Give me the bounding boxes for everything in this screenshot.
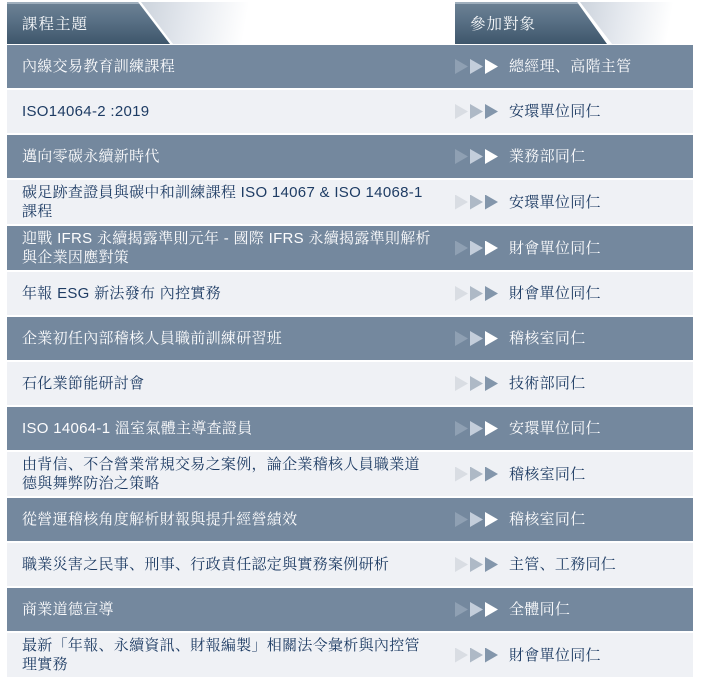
triple-arrow-icon (455, 421, 500, 436)
arrow-icon (485, 286, 498, 301)
course-topic-cell: ISO14064-2 :2019 (7, 90, 448, 133)
audience-label: 安環單位同仁 (509, 193, 601, 212)
table-row: 邁向零碳永續新時代業務部同仁 (7, 135, 693, 178)
arrow-icon (470, 467, 483, 482)
arrow-icon (455, 286, 468, 301)
arrow-icon (485, 421, 498, 436)
arrow-icon (470, 648, 483, 663)
audience-label: 稽核室同仁 (509, 465, 586, 484)
triple-arrow-icon (455, 602, 500, 617)
course-table: 課程主題 參加對象 內線交易教育訓練課程總經理、高階主管ISO14064-2 :… (7, 0, 693, 677)
arrow-icon (470, 557, 483, 572)
arrow-icon (470, 104, 483, 119)
course-topic-label: 企業初任內部稽核人員職前訓練研習班 (22, 329, 282, 348)
table-row: 企業初任內部稽核人員職前訓練研習班稽核室同仁 (7, 317, 693, 360)
triple-arrow-icon (455, 149, 500, 164)
header-tab-course-topic: 課程主題 (7, 2, 170, 44)
audience-label: 全體同仁 (509, 600, 570, 619)
audience-cell: 全體同仁 (448, 588, 693, 631)
arrow-icon (485, 104, 498, 119)
arrow-icon (485, 149, 498, 164)
audience-label: 財會單位同仁 (509, 239, 601, 258)
audience-label: 安環單位同仁 (509, 102, 601, 121)
course-topic-label: 由背信、不合營業常規交易之案例，論企業稽核人員職業道德與舞弊防治之策略 (22, 455, 434, 493)
arrow-icon (455, 331, 468, 346)
triple-arrow-icon (455, 331, 500, 346)
triple-arrow-icon (455, 376, 500, 391)
triple-arrow-icon (455, 104, 500, 119)
arrow-icon (485, 241, 498, 256)
arrow-icon (470, 421, 483, 436)
table-row: 內線交易教育訓練課程總經理、高階主管 (7, 45, 693, 88)
table-row: 石化業節能研討會技術部同仁 (7, 362, 693, 405)
course-topic-cell: 從營運稽核角度解析財報與提升經營績效 (7, 498, 448, 541)
header-tab-course-topic-label: 課程主題 (22, 12, 88, 34)
arrow-icon (455, 512, 468, 527)
arrow-icon (455, 241, 468, 256)
header-tab-audience: 參加對象 (455, 2, 607, 44)
course-topic-label: 年報 ESG 新法發布 內控實務 (22, 284, 221, 303)
course-topic-cell: 最新「年報、永續資訊、財報編製」相關法令彙析與內控管理實務 (7, 633, 448, 677)
audience-cell: 稽核室同仁 (448, 317, 693, 360)
triple-arrow-icon (455, 195, 500, 210)
course-topic-label: 商業道德宣導 (22, 600, 114, 619)
triple-arrow-icon (455, 286, 500, 301)
audience-cell: 財會單位同仁 (448, 633, 693, 677)
arrow-icon (485, 195, 498, 210)
course-topic-cell: 由背信、不合營業常規交易之案例，論企業稽核人員職業道德與舞弊防治之策略 (7, 452, 448, 496)
audience-label: 稽核室同仁 (509, 329, 586, 348)
arrow-icon (455, 149, 468, 164)
arrow-icon (485, 467, 498, 482)
arrow-icon (455, 467, 468, 482)
arrow-icon (470, 241, 483, 256)
table-row: 商業道德宣導全體同仁 (7, 588, 693, 631)
arrow-icon (485, 557, 498, 572)
course-topic-cell: 內線交易教育訓練課程 (7, 45, 448, 88)
arrow-icon (455, 376, 468, 391)
course-topic-cell: 職業災害之民事、刑事、行政責任認定與實務案例研析 (7, 543, 448, 586)
table-header: 課程主題 參加對象 (7, 0, 693, 45)
course-topic-cell: 石化業節能研討會 (7, 362, 448, 405)
arrow-icon (485, 376, 498, 391)
arrow-icon (485, 602, 498, 617)
arrow-icon (470, 149, 483, 164)
audience-cell: 財會單位同仁 (448, 226, 693, 270)
table-row: 從營運稽核角度解析財報與提升經營績效稽核室同仁 (7, 498, 693, 541)
audience-cell: 安環單位同仁 (448, 180, 693, 224)
audience-cell: 安環單位同仁 (448, 407, 693, 450)
arrow-icon (470, 512, 483, 527)
table-row: 由背信、不合營業常規交易之案例，論企業稽核人員職業道德與舞弊防治之策略稽核室同仁 (7, 452, 693, 496)
course-topic-label: 石化業節能研討會 (22, 374, 144, 393)
course-topic-label: ISO 14064-1 溫室氣體主導查證員 (22, 419, 253, 438)
triple-arrow-icon (455, 467, 500, 482)
triple-arrow-icon (455, 512, 500, 527)
audience-label: 財會單位同仁 (509, 646, 601, 665)
table-row: ISO14064-2 :2019安環單位同仁 (7, 90, 693, 133)
table-row: 迎戰 IFRS 永續揭露準則元年 - 國際 IFRS 永續揭露準則解析與企業因應… (7, 226, 693, 270)
audience-cell: 財會單位同仁 (448, 272, 693, 315)
course-topic-label: ISO14064-2 :2019 (22, 102, 149, 121)
audience-label: 技術部同仁 (509, 374, 586, 393)
course-topic-label: 最新「年報、永續資訊、財報編製」相關法令彙析與內控管理實務 (22, 636, 434, 674)
course-topic-cell: 邁向零碳永續新時代 (7, 135, 448, 178)
table-row: ISO 14064-1 溫室氣體主導查證員安環單位同仁 (7, 407, 693, 450)
course-topic-label: 從營運稽核角度解析財報與提升經營績效 (22, 510, 297, 529)
audience-label: 安環單位同仁 (509, 419, 601, 438)
arrow-icon (470, 602, 483, 617)
arrow-icon (470, 286, 483, 301)
arrow-icon (455, 104, 468, 119)
arrow-icon (485, 512, 498, 527)
audience-label: 主管、工務同仁 (509, 555, 616, 574)
header-tab-audience-label: 參加對象 (470, 12, 536, 34)
arrow-icon (470, 59, 483, 74)
course-topic-cell: 商業道德宣導 (7, 588, 448, 631)
audience-cell: 技術部同仁 (448, 362, 693, 405)
audience-label: 業務部同仁 (509, 147, 586, 166)
table-row: 職業災害之民事、刑事、行政責任認定與實務案例研析主管、工務同仁 (7, 543, 693, 586)
course-topic-label: 碳足跡查證員與碳中和訓練課程 ISO 14067 & ISO 14068-1 課… (22, 183, 434, 221)
arrow-icon (485, 648, 498, 663)
arrow-icon (455, 421, 468, 436)
course-topic-label: 邁向零碳永續新時代 (22, 147, 160, 166)
arrow-icon (455, 59, 468, 74)
course-topic-cell: 年報 ESG 新法發布 內控實務 (7, 272, 448, 315)
arrow-icon (455, 602, 468, 617)
table-row: 碳足跡查證員與碳中和訓練課程 ISO 14067 & ISO 14068-1 課… (7, 180, 693, 224)
audience-cell: 稽核室同仁 (448, 452, 693, 496)
arrow-icon (455, 557, 468, 572)
course-table-body: 內線交易教育訓練課程總經理、高階主管ISO14064-2 :2019安環單位同仁… (7, 45, 693, 677)
audience-cell: 安環單位同仁 (448, 90, 693, 133)
triple-arrow-icon (455, 59, 500, 74)
triple-arrow-icon (455, 557, 500, 572)
table-row: 最新「年報、永續資訊、財報編製」相關法令彙析與內控管理實務財會單位同仁 (7, 633, 693, 677)
arrow-icon (470, 331, 483, 346)
course-topic-cell: 企業初任內部稽核人員職前訓練研習班 (7, 317, 448, 360)
course-topic-label: 迎戰 IFRS 永續揭露準則元年 - 國際 IFRS 永續揭露準則解析與企業因應… (22, 229, 434, 267)
triple-arrow-icon (455, 648, 500, 663)
course-topic-cell: 迎戰 IFRS 永續揭露準則元年 - 國際 IFRS 永續揭露準則解析與企業因應… (7, 226, 448, 270)
audience-cell: 稽核室同仁 (448, 498, 693, 541)
course-topic-cell: ISO 14064-1 溫室氣體主導查證員 (7, 407, 448, 450)
course-topic-label: 內線交易教育訓練課程 (22, 57, 175, 76)
table-row: 年報 ESG 新法發布 內控實務財會單位同仁 (7, 272, 693, 315)
course-topic-cell: 碳足跡查證員與碳中和訓練課程 ISO 14067 & ISO 14068-1 課… (7, 180, 448, 224)
audience-label: 總經理、高階主管 (509, 57, 631, 76)
arrow-icon (485, 331, 498, 346)
arrow-icon (485, 59, 498, 74)
audience-label: 財會單位同仁 (509, 284, 601, 303)
audience-cell: 總經理、高階主管 (448, 45, 693, 88)
triple-arrow-icon (455, 241, 500, 256)
audience-cell: 業務部同仁 (448, 135, 693, 178)
arrow-icon (470, 376, 483, 391)
audience-label: 稽核室同仁 (509, 510, 586, 529)
course-topic-label: 職業災害之民事、刑事、行政責任認定與實務案例研析 (22, 555, 389, 574)
arrow-icon (455, 648, 468, 663)
audience-cell: 主管、工務同仁 (448, 543, 693, 586)
arrow-icon (455, 195, 468, 210)
arrow-icon (470, 195, 483, 210)
